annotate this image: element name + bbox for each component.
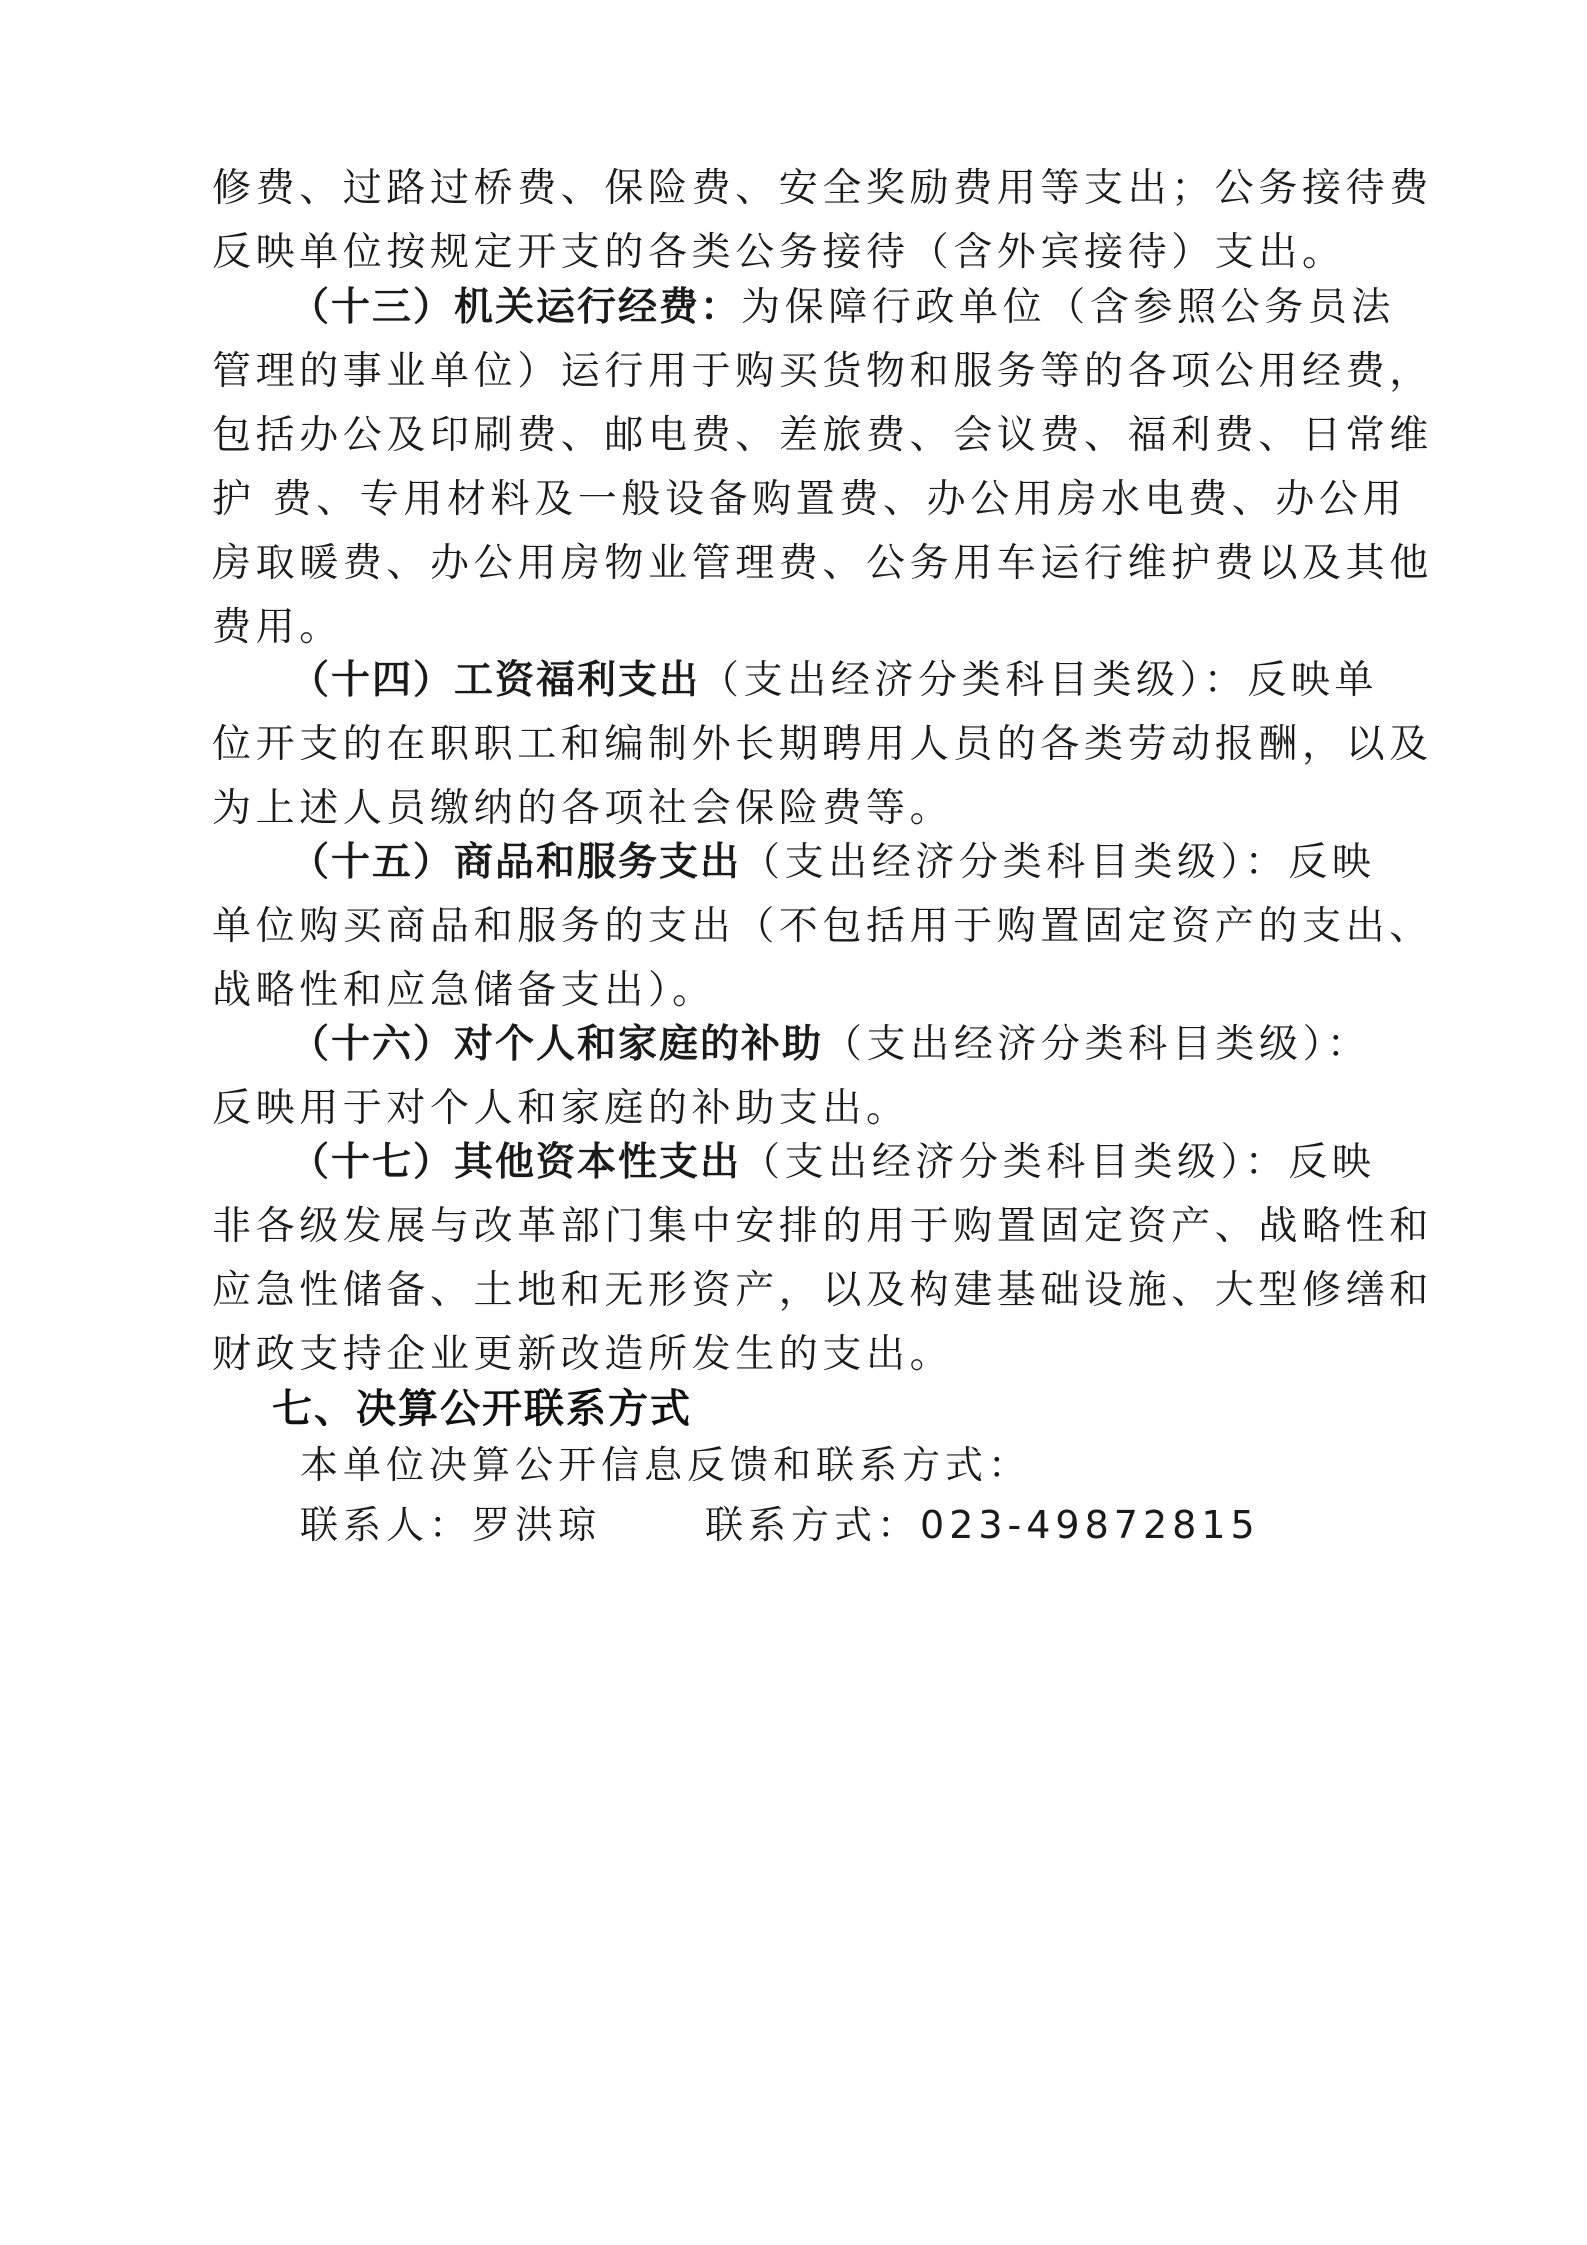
section-16-title: （十六）对个人和家庭的补助 — [290, 1022, 823, 1067]
section-15-title: （十五）商品和服务支出 — [290, 840, 741, 885]
contact-phone-row: 联系方式：023-49872815 — [705, 1503, 1260, 1547]
paragraph-line: 反映用于对个人和家庭的补助支出。 — [212, 1087, 910, 1131]
contact-person-name: 罗洪琼 — [472, 1503, 601, 1547]
section-heading: 七、决算公开联系方式 — [272, 1387, 692, 1431]
section-14-line: （十四）工资福利支出（支出经济分类科目类级）：反映单 — [290, 659, 1378, 703]
section-17-title: （十七）其他资本性支出 — [290, 1140, 741, 1185]
paragraph-line: 反映单位按规定开支的各类公务接待（含外宾接待）支出。 — [212, 231, 1346, 275]
paragraph-line: 修费、过路过桥费、保险费、安全奖励费用等支出；公务接待费 — [212, 167, 1433, 211]
document-page: 修费、过路过桥费、保险费、安全奖励费用等支出；公务接待费 反映单位按规定开支的各… — [0, 0, 1587, 2245]
paragraph-line: 费用。 — [212, 606, 343, 650]
contact-person-label: 联系人： — [300, 1503, 472, 1547]
contact-intro: 本单位决算公开信息反馈和联系方式： — [300, 1443, 1031, 1487]
paragraph-line: 非各级发展与改革部门集中安排的用于购置固定资产、战略性和 — [212, 1205, 1433, 1249]
paragraph-line: 应急性储备、土地和无形资产，以及构建基础设施、大型修缮和 — [212, 1269, 1433, 1313]
section-16-line: （十六）对个人和家庭的补助（支出经济分类科目类级）： — [290, 1023, 1370, 1067]
paragraph-line: 护 费、专用材料及一般设备购置费、办公用房水电费、办公用 — [212, 478, 1406, 522]
paragraph-line: 为上述人员缴纳的各项社会保险费等。 — [212, 787, 953, 831]
contact-phone-number: 023-49872815 — [920, 1503, 1260, 1547]
paragraph-line: 位开支的在职职工和编制外长期聘用人员的各类劳动报酬，以及 — [212, 723, 1433, 767]
section-15-line: （十五）商品和服务支出（支出经济分类科目类级）：反映 — [290, 841, 1376, 885]
paragraph-line: 管理的事业单位）运行用于购买货物和服务等的各项公用经费， — [212, 350, 1433, 394]
paragraph-line: 单位购买商品和服务的支出（不包括用于购置固定资产的支出、 — [212, 905, 1433, 949]
section-13-title: （十三）机关运行经费： — [290, 285, 741, 330]
paragraph-line: 包括办公及印刷费、邮电费、差旅费、会议费、福利费、日常维 — [212, 414, 1433, 458]
section-17-line: （十七）其他资本性支出（支出经济分类科目类级）：反映 — [290, 1141, 1376, 1185]
contact-phone-label: 联系方式： — [705, 1503, 920, 1547]
paragraph-line: 房取暖费、办公用房物业管理费、公务用车运行维护费以及其他 — [212, 542, 1433, 586]
contact-person-row: 联系人：罗洪琼 — [300, 1503, 601, 1547]
section-14-title: （十四）工资福利支出 — [290, 658, 700, 703]
paragraph-line: 财政支持企业更新改造所发生的支出。 — [212, 1333, 953, 1377]
paragraph-line: 战略性和应急储备支出）。 — [212, 969, 716, 1013]
section-13-line: （十三）机关运行经费：为保障行政单位（含参照公务员法 — [290, 286, 1395, 330]
